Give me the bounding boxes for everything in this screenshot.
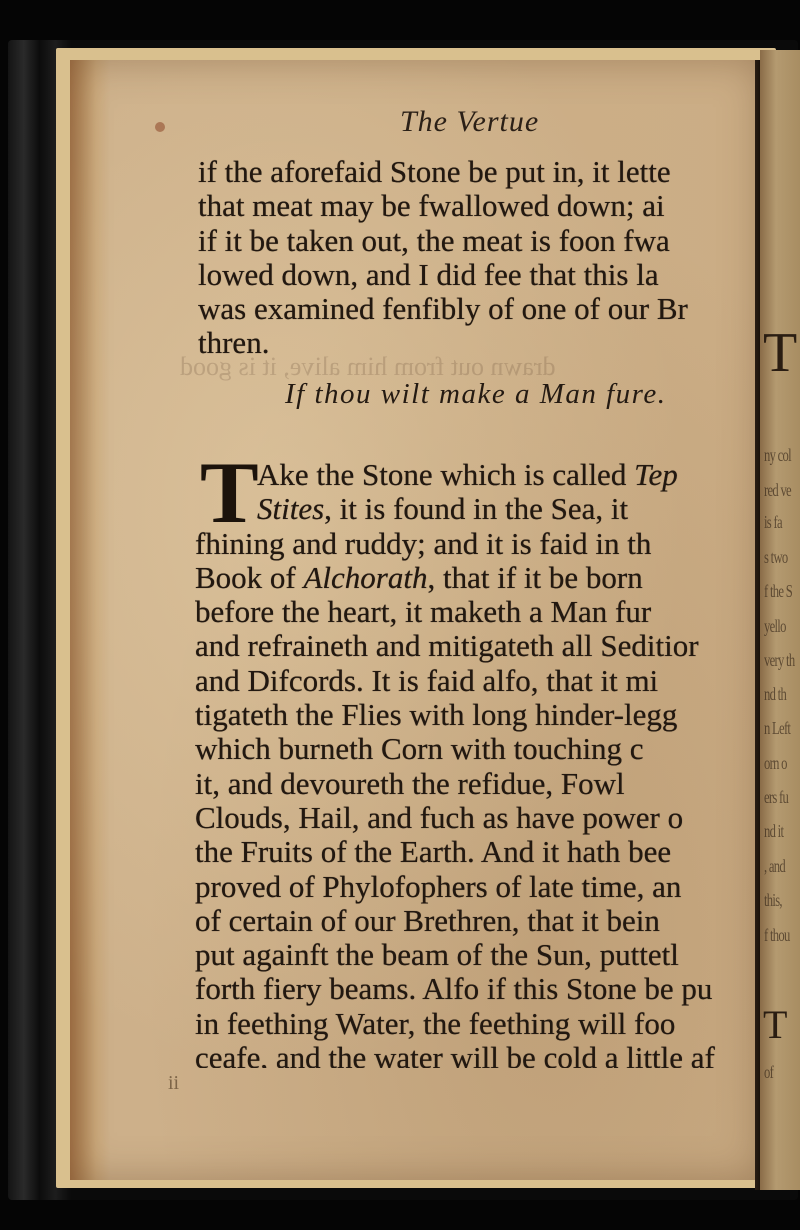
section-heading: If thou wilt make a Man fure. (285, 378, 667, 411)
text-line: thren. (198, 326, 758, 360)
text-line: of certain of our Brethren, that it bein (195, 904, 760, 938)
text-line: lowed down, and I did fee that this la (198, 258, 758, 292)
facing-fragment: n Left (764, 718, 790, 739)
italic-text: Tep (634, 458, 678, 492)
italic-text: Alchorath (304, 560, 428, 595)
text-line: put againft the beam of the Sun, puttetl (195, 938, 760, 972)
facing-fragment: of (764, 1062, 773, 1083)
facing-fragment: f the S (764, 581, 792, 602)
facing-drop-cap: T (763, 325, 797, 381)
text-line: Clouds, Hail, and fuch as have power o (195, 801, 760, 835)
text-line: fhining and ruddy; and it is faid in th (195, 527, 760, 561)
text-line: and Difcords. It is faid alfo, that it m… (195, 664, 760, 698)
facing-drop-cap: T (763, 1005, 787, 1045)
text-line: if the aforefaid Stone be put in, it let… (198, 155, 758, 189)
text-line: proved of Phylofophers of late time, an (195, 870, 760, 904)
facing-fragment: orn o (764, 753, 787, 774)
signature-mark: ii (168, 1072, 179, 1095)
second-section-text: Ake the Stone which is called Tep Stites… (195, 458, 760, 1068)
line-text: , that if it be born (428, 560, 643, 595)
stain (155, 122, 165, 132)
text-line: Book of Alchorath, that if it be born (195, 561, 760, 595)
italic-text: Stites (257, 491, 324, 526)
text-line: tigateth the Flies with long hinder-legg (195, 698, 760, 732)
facing-fragment: ers fu (764, 787, 788, 808)
line-text: Book of (195, 560, 304, 595)
facing-fragment: , and (764, 856, 785, 877)
text-line: the Fruits of the Earth. And it hath bee (195, 835, 760, 869)
page-gutter (755, 60, 760, 1190)
line-text: Ake the Stone which is called (257, 458, 634, 492)
text-line: which burneth Corn with touching c (195, 732, 760, 766)
text-line: in feething Water, the feething will foo (195, 1007, 760, 1041)
facing-fragment: is fa (764, 512, 782, 533)
text-line: Stites, it is found in the Sea, it (195, 492, 760, 526)
facing-page-edge: T ny col red ve is fa s two f the S yell… (760, 50, 800, 1190)
line-text: , it is found in the Sea, it (324, 491, 628, 526)
text-line: and refraineth and mitigateth all Sediti… (195, 629, 760, 663)
text-line: that meat may be fwallowed down; ai (198, 189, 758, 223)
facing-fragment: this, (764, 890, 782, 911)
facing-fragment: red ve (764, 480, 791, 501)
facing-fragment: yello (764, 616, 786, 637)
facing-fragment: f thou (764, 925, 790, 946)
facing-fragment: nd th (764, 684, 786, 705)
text-line: before the heart, it maketh a Man fur (195, 595, 760, 629)
text-line: it, and devoureth the refidue, Fowl (195, 767, 760, 801)
facing-fragment: very th (764, 650, 794, 671)
running-head: The Vertue (400, 105, 539, 139)
facing-fragment: nd it (764, 821, 783, 842)
text-line: Ake the Stone which is called Tep (195, 458, 760, 492)
text-line: forth fiery beams. Alfo if this Stone be… (195, 972, 760, 1006)
facing-fragment: ny col (764, 445, 791, 466)
text-line: was examined fenfibly of one of our Br (198, 292, 758, 326)
text-line: if it be taken out, the meat is foon fwa (198, 224, 758, 258)
facing-fragment: s two (764, 547, 787, 568)
text-line: ceafe, and the water will be cold a litt… (195, 1041, 760, 1068)
